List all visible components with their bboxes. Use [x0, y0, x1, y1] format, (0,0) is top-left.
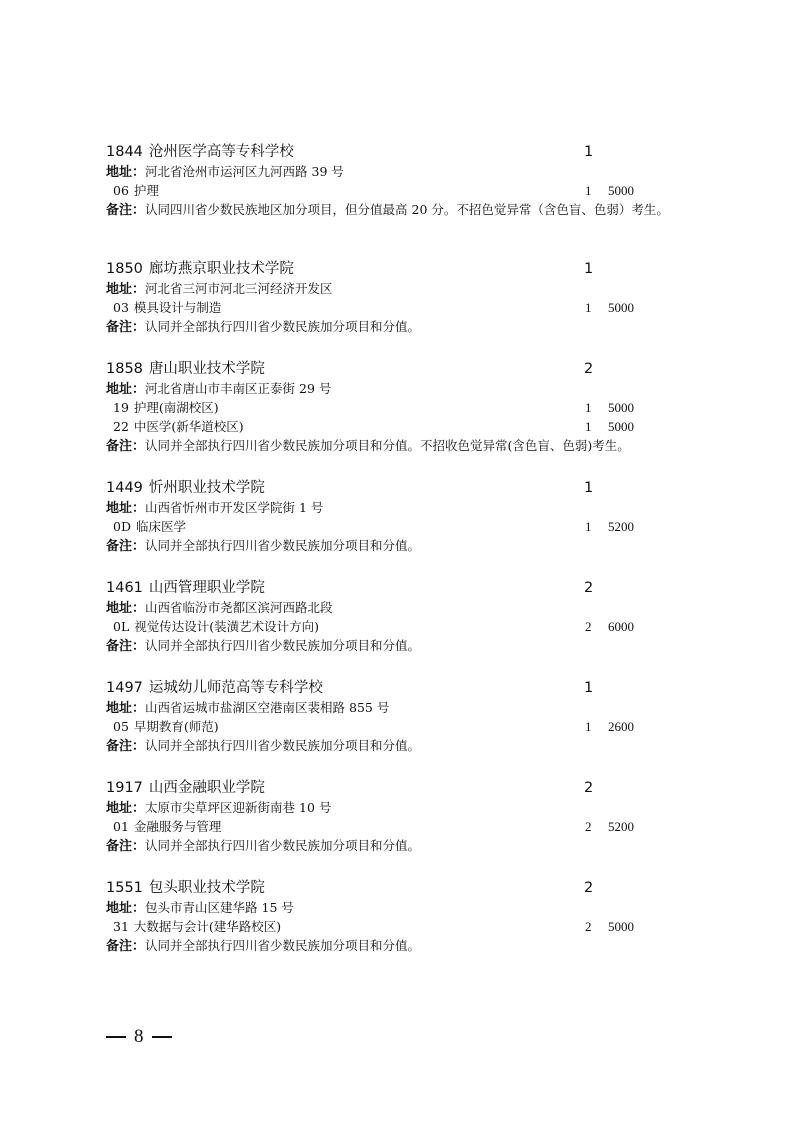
note-line: 备注：认同并全部执行四川省少数民族加分项目和分值。	[106, 736, 706, 755]
plan-count: 2	[584, 778, 593, 798]
major-name: 护理(南湖校区)	[134, 400, 219, 415]
major-count: 1	[585, 181, 592, 200]
right-dash-decoration	[152, 1036, 172, 1038]
note-line: 备注：认同并全部执行四川省少数民族加分项目和分值。	[106, 317, 706, 336]
major-row: 0D临床医学 1 5200	[106, 517, 706, 536]
plan-count: 1	[584, 678, 593, 698]
address-text: 太原市尖草坪区迎新街南巷 10 号	[145, 800, 331, 815]
school-code: 1850	[106, 261, 143, 277]
major-code: 19	[113, 400, 129, 415]
major-name: 模具设计与制造	[134, 300, 222, 315]
address-line: 地址：山西省忻州市开发区学院街 1 号	[106, 498, 706, 517]
school-title: 1449忻州职业技术学院 1	[106, 478, 706, 498]
school-name: 山西管理职业学院	[149, 580, 265, 596]
address-text: 河北省唐山市丰南区正泰街 29 号	[145, 381, 331, 396]
school-title: 1850廊坊燕京职业技术学院 1	[106, 259, 706, 279]
address-text: 河北省三河市河北三河经济开发区	[145, 281, 333, 296]
major-name: 大数据与会计(建华路校区)	[134, 919, 281, 934]
major-name: 早期教育(师范)	[134, 719, 219, 734]
note-text: 认同并全部执行四川省少数民族加分项目和分值。	[145, 938, 420, 953]
school-name: 沧州医学高等专科学校	[149, 144, 294, 160]
major-row: 06护理 1 5000	[106, 181, 706, 200]
major-code: 22	[113, 419, 129, 434]
major-row: 0L视觉传达设计(装潢艺术设计方向) 2 6000	[106, 617, 706, 636]
major-row: 01金融服务与管理 2 5200	[106, 817, 706, 836]
major-fee: 5000	[608, 298, 634, 317]
school-entry: 1497运城幼儿师范高等专科学校 1 地址：山西省运城市盐湖区空港南区裴相路 8…	[106, 678, 706, 755]
note-label: 备注：	[106, 539, 145, 554]
major-code: 03	[113, 300, 129, 315]
note-line: 备注：认同并全部执行四川省少数民族加分项目和分值。	[106, 536, 706, 555]
address-line: 地址：河北省唐山市丰南区正泰街 29 号	[106, 379, 706, 398]
address-label: 地址：	[106, 801, 145, 816]
major-fee: 5000	[608, 398, 634, 417]
school-title: 1461山西管理职业学院 2	[106, 578, 706, 598]
address-label: 地址：	[106, 501, 145, 516]
note-text: 认同四川省少数民族地区加分项目，但分值最高 20 分。不招色觉异常（含色盲、色弱…	[145, 202, 669, 217]
major-code: 0L	[113, 619, 129, 634]
school-entry: 1449忻州职业技术学院 1 地址：山西省忻州市开发区学院街 1 号 0D临床医…	[106, 478, 706, 555]
plan-count: 2	[584, 359, 593, 379]
note-text: 认同并全部执行四川省少数民族加分项目和分值。	[145, 838, 420, 853]
major-count: 1	[585, 417, 592, 436]
major-row: 22中医学(新华道校区) 1 5000	[106, 417, 706, 436]
note-label: 备注：	[106, 439, 145, 454]
note-line: 备注：认同四川省少数民族地区加分项目，但分值最高 20 分。不招色觉异常（含色盲…	[106, 200, 706, 220]
address-text: 山西省临汾市尧都区滨河西路北段	[145, 600, 333, 615]
note-label: 备注：	[106, 839, 145, 854]
major-fee: 5000	[608, 417, 634, 436]
address-label: 地址：	[106, 601, 145, 616]
address-text: 河北省沧州市运河区九河西路 39 号	[145, 164, 344, 179]
school-name: 运城幼儿师范高等专科学校	[149, 680, 323, 696]
major-row: 31大数据与会计(建华路校区) 2 5000	[106, 917, 706, 936]
school-code: 1917	[106, 780, 143, 796]
major-count: 2	[585, 617, 592, 636]
note-text: 认同并全部执行四川省少数民族加分项目和分值。不招收色觉异常(含色盲、色弱)考生。	[145, 438, 630, 453]
address-label: 地址：	[106, 701, 145, 716]
address-line: 地址：山西省运城市盐湖区空港南区裴相路 855 号	[106, 698, 706, 717]
school-name: 包头职业技术学院	[149, 880, 265, 896]
note-label: 备注：	[106, 203, 145, 218]
school-title: 1497运城幼儿师范高等专科学校 1	[106, 678, 706, 698]
note-text: 认同并全部执行四川省少数民族加分项目和分值。	[145, 738, 420, 753]
plan-count: 1	[584, 142, 593, 162]
major-count: 1	[585, 298, 592, 317]
address-text: 包头市青山区建华路 15 号	[145, 900, 294, 915]
address-label: 地址：	[106, 382, 145, 397]
address-text: 山西省忻州市开发区学院街 1 号	[145, 500, 323, 515]
major-fee: 5000	[608, 917, 634, 936]
school-entry: 1844沧州医学高等专科学校 1 地址：河北省沧州市运河区九河西路 39 号 0…	[106, 142, 706, 220]
major-count: 2	[585, 817, 592, 836]
plan-count: 1	[584, 259, 593, 279]
note-label: 备注：	[106, 939, 145, 954]
major-fee: 6000	[608, 617, 634, 636]
major-count: 1	[585, 717, 592, 736]
major-fee: 5000	[608, 181, 634, 200]
school-entry: 1858唐山职业技术学院 2 地址：河北省唐山市丰南区正泰街 29 号 19护理…	[106, 359, 706, 455]
major-code: 31	[113, 919, 129, 934]
school-title: 1551包头职业技术学院 2	[106, 878, 706, 898]
address-line: 地址：河北省沧州市运河区九河西路 39 号	[106, 162, 706, 181]
page-number: 8	[134, 1026, 144, 1048]
address-line: 地址：河北省三河市河北三河经济开发区	[106, 279, 706, 298]
school-code: 1461	[106, 580, 143, 596]
address-label: 地址：	[106, 165, 145, 180]
note-line: 备注：认同并全部执行四川省少数民族加分项目和分值。	[106, 836, 706, 855]
major-code: 0D	[113, 519, 131, 534]
school-name: 山西金融职业学院	[149, 780, 265, 796]
major-fee: 5200	[608, 817, 634, 836]
address-line: 地址：太原市尖草坪区迎新街南巷 10 号	[106, 798, 706, 817]
note-text: 认同并全部执行四川省少数民族加分项目和分值。	[145, 319, 420, 334]
note-line: 备注：认同并全部执行四川省少数民族加分项目和分值。不招收色觉异常(含色盲、色弱)…	[106, 436, 706, 455]
note-line: 备注：认同并全部执行四川省少数民族加分项目和分值。	[106, 636, 706, 655]
major-row: 03模具设计与制造 1 5000	[106, 298, 706, 317]
school-name: 忻州职业技术学院	[149, 480, 265, 496]
school-name: 廊坊燕京职业技术学院	[149, 261, 294, 277]
plan-count: 1	[584, 478, 593, 498]
address-label: 地址：	[106, 282, 145, 297]
note-line: 备注：认同并全部执行四川省少数民族加分项目和分值。	[106, 936, 706, 955]
major-name: 视觉传达设计(装潢艺术设计方向)	[134, 619, 319, 634]
address-label: 地址：	[106, 901, 145, 916]
note-label: 备注：	[106, 639, 145, 654]
plan-count: 2	[584, 578, 593, 598]
school-title: 1917山西金融职业学院 2	[106, 778, 706, 798]
page-footer: 8	[106, 1026, 172, 1048]
school-code: 1844	[106, 144, 143, 160]
major-count: 2	[585, 917, 592, 936]
major-code: 06	[113, 183, 129, 198]
major-name: 临床医学	[136, 519, 186, 534]
major-row: 19护理(南湖校区) 1 5000	[106, 398, 706, 417]
school-entry: 1461山西管理职业学院 2 地址：山西省临汾市尧都区滨河西路北段 0L视觉传达…	[106, 578, 706, 655]
major-fee: 5200	[608, 517, 634, 536]
major-name: 护理	[134, 183, 159, 198]
document-page: 1844沧州医学高等专科学校 1 地址：河北省沧州市运河区九河西路 39 号 0…	[0, 0, 794, 1123]
school-code: 1497	[106, 680, 143, 696]
note-label: 备注：	[106, 739, 145, 754]
note-text: 认同并全部执行四川省少数民族加分项目和分值。	[145, 538, 420, 553]
major-name: 中医学(新华道校区)	[134, 419, 244, 434]
school-entry: 1917山西金融职业学院 2 地址：太原市尖草坪区迎新街南巷 10 号 01金融…	[106, 778, 706, 855]
major-count: 1	[585, 517, 592, 536]
major-code: 05	[113, 719, 129, 734]
plan-count: 2	[584, 878, 593, 898]
school-code: 1551	[106, 880, 143, 896]
school-entry: 1551包头职业技术学院 2 地址：包头市青山区建华路 15 号 31大数据与会…	[106, 878, 706, 955]
major-code: 01	[113, 819, 129, 834]
major-count: 1	[585, 398, 592, 417]
note-label: 备注：	[106, 320, 145, 335]
major-row: 05早期教育(师范) 1 2600	[106, 717, 706, 736]
address-line: 地址：山西省临汾市尧都区滨河西路北段	[106, 598, 706, 617]
left-dash-decoration	[106, 1036, 126, 1038]
address-line: 地址：包头市青山区建华路 15 号	[106, 898, 706, 917]
school-title: 1844沧州医学高等专科学校 1	[106, 142, 706, 162]
school-code: 1449	[106, 480, 143, 496]
school-name: 唐山职业技术学院	[149, 361, 265, 377]
major-name: 金融服务与管理	[134, 819, 222, 834]
school-entry: 1850廊坊燕京职业技术学院 1 地址：河北省三河市河北三河经济开发区 03模具…	[106, 259, 706, 336]
address-text: 山西省运城市盐湖区空港南区裴相路 855 号	[145, 700, 389, 715]
note-text: 认同并全部执行四川省少数民族加分项目和分值。	[145, 638, 420, 653]
major-fee: 2600	[608, 717, 634, 736]
school-code: 1858	[106, 361, 143, 377]
school-title: 1858唐山职业技术学院 2	[106, 359, 706, 379]
